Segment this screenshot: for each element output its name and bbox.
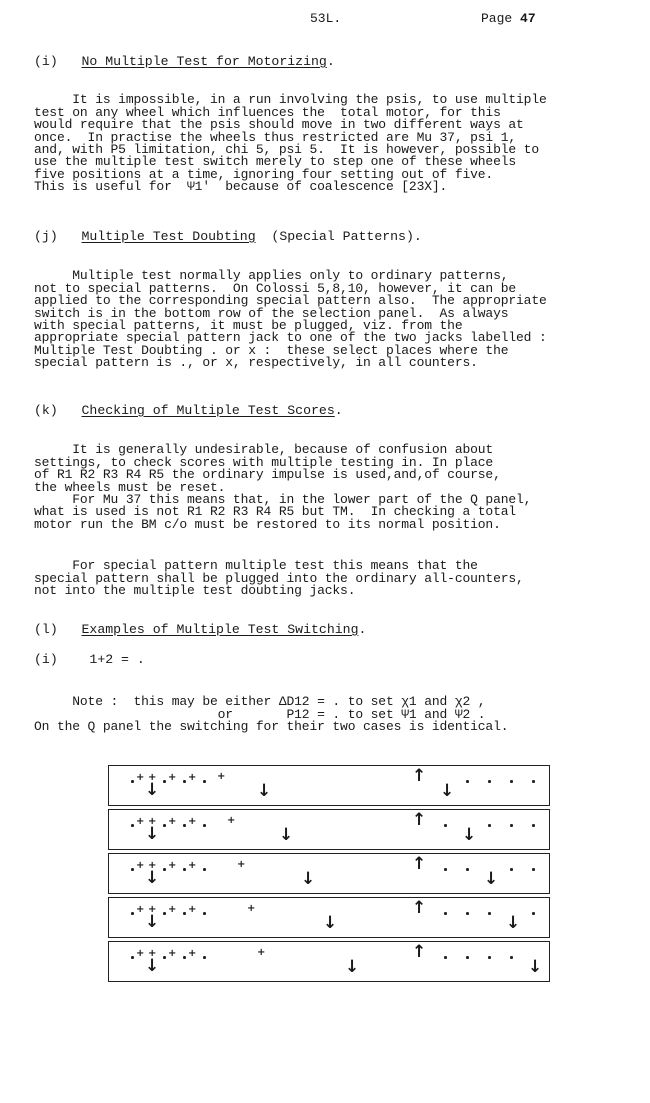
cross-mark: + xyxy=(257,948,265,958)
cross-mark: + xyxy=(136,905,144,915)
down-arrow-icon: ↓ xyxy=(257,783,271,800)
diagram-row: ++++↓+↓↑↓ xyxy=(108,941,550,982)
dot-mark xyxy=(444,824,447,827)
section-title: No Multiple Test for Motorizing xyxy=(82,54,327,69)
cross-mark: + xyxy=(247,904,255,914)
dot-mark xyxy=(510,824,513,827)
page-label: Page xyxy=(481,11,512,26)
dot-mark xyxy=(466,868,469,871)
switching-diagram: ++++↓+↓↑↓++++↓+↓↑↓++++↓+↓↑↓++++↓+↓↑↓++++… xyxy=(108,765,550,987)
diagram-row: ++++↓+↓↑↓ xyxy=(108,765,550,806)
text-line: On the Q panel the switching for their t… xyxy=(34,721,508,733)
dot-mark xyxy=(444,912,447,915)
section-title-suffix: . xyxy=(335,403,343,418)
down-arrow-icon: ↓ xyxy=(484,871,498,888)
text-line: not into the multiple test doubting jack… xyxy=(34,585,524,597)
dot-mark xyxy=(510,868,513,871)
section-i-body: It is impossible, in a run involving the… xyxy=(34,82,547,206)
cross-mark: + xyxy=(188,861,196,871)
up-arrow-icon: ↑ xyxy=(412,944,426,961)
text-line: special pattern is ., or x, respectively… xyxy=(34,357,547,369)
dot-mark xyxy=(532,912,535,915)
section-k-heading: (k) Checking of Multiple Test Scores. xyxy=(34,404,343,417)
down-arrow-icon: ↓ xyxy=(323,915,337,932)
section-marker: (k) xyxy=(34,403,58,418)
cross-mark: + xyxy=(136,949,144,959)
down-arrow-icon: ↓ xyxy=(462,827,476,844)
section-k-body-2: For special pattern multiple test this m… xyxy=(34,548,524,610)
cross-mark: + xyxy=(217,772,225,782)
section-marker: (j) xyxy=(34,229,58,244)
dot-mark xyxy=(183,780,186,783)
down-arrow-icon: ↓ xyxy=(345,959,359,976)
dot-mark xyxy=(488,956,491,959)
dot-mark xyxy=(510,956,513,959)
dot-mark xyxy=(444,956,447,959)
dot-mark xyxy=(466,780,469,783)
section-i-heading: (i) No Multiple Test for Motorizing. xyxy=(34,55,335,68)
section-j-body: Multiple test normally applies only to o… xyxy=(34,258,547,382)
dot-mark xyxy=(510,780,513,783)
cross-mark: + xyxy=(168,949,176,959)
section-title: Checking of Multiple Test Scores xyxy=(82,403,335,418)
section-k-body: It is generally undesirable, because of … xyxy=(34,432,531,544)
page-number: Page 47 xyxy=(481,12,536,25)
dot-mark xyxy=(163,868,166,871)
dot-mark xyxy=(131,912,134,915)
section-title-suffix: . xyxy=(358,622,366,637)
cross-mark: + xyxy=(136,817,144,827)
example-note: Note : this may be either ΔD12 = . to se… xyxy=(34,684,508,746)
cross-mark: + xyxy=(188,949,196,959)
section-l-heading: (l) Examples of Multiple Test Switching. xyxy=(34,623,366,636)
up-arrow-icon: ↑ xyxy=(412,812,426,829)
section-marker: (i) xyxy=(34,54,58,69)
dot-mark xyxy=(183,824,186,827)
text-line: This is useful for Ψ1' because of coales… xyxy=(34,181,547,193)
dot-mark xyxy=(203,956,206,959)
diagram-row: ++++↓+↓↑↓ xyxy=(108,809,550,850)
dot-mark xyxy=(131,780,134,783)
dot-mark xyxy=(466,912,469,915)
dot-mark xyxy=(203,780,206,783)
dot-mark xyxy=(183,912,186,915)
cross-mark: + xyxy=(188,905,196,915)
dot-mark xyxy=(131,824,134,827)
cross-mark: + xyxy=(136,861,144,871)
example-heading: (i) 1+2 = . xyxy=(34,653,145,666)
dot-mark xyxy=(488,912,491,915)
down-arrow-icon: ↓ xyxy=(145,826,159,843)
example-marker: (i) xyxy=(34,652,58,667)
cross-mark: + xyxy=(168,773,176,783)
dot-mark xyxy=(488,824,491,827)
up-arrow-icon: ↑ xyxy=(412,900,426,917)
document-reference: 53L. xyxy=(310,12,341,25)
section-title-suffix: (Special Patterns). xyxy=(256,229,422,244)
cross-mark: + xyxy=(136,773,144,783)
dot-mark xyxy=(488,780,491,783)
cross-mark: + xyxy=(237,860,245,870)
dot-mark xyxy=(163,956,166,959)
dot-mark xyxy=(163,824,166,827)
dot-mark xyxy=(532,824,535,827)
dot-mark xyxy=(444,868,447,871)
dot-mark xyxy=(532,868,535,871)
dot-mark xyxy=(163,912,166,915)
down-arrow-icon: ↓ xyxy=(145,914,159,931)
up-arrow-icon: ↑ xyxy=(412,856,426,873)
page-number-value: 47 xyxy=(520,11,536,26)
dot-mark xyxy=(466,956,469,959)
down-arrow-icon: ↓ xyxy=(145,870,159,887)
down-arrow-icon: ↓ xyxy=(506,915,520,932)
text-line: motor run the BM c/o must be restored to… xyxy=(34,519,531,531)
dot-mark xyxy=(131,868,134,871)
cross-mark: + xyxy=(168,817,176,827)
dot-mark xyxy=(203,824,206,827)
diagram-row: ++++↓+↓↑↓ xyxy=(108,897,550,938)
dot-mark xyxy=(131,956,134,959)
dot-mark xyxy=(163,780,166,783)
cross-mark: + xyxy=(188,817,196,827)
cross-mark: + xyxy=(227,816,235,826)
cross-mark: + xyxy=(168,905,176,915)
dot-mark xyxy=(532,780,535,783)
down-arrow-icon: ↓ xyxy=(145,958,159,975)
dot-mark xyxy=(183,868,186,871)
dot-mark xyxy=(203,912,206,915)
down-arrow-icon: ↓ xyxy=(528,959,542,976)
down-arrow-icon: ↓ xyxy=(301,871,315,888)
section-j-heading: (j) Multiple Test Doubting (Special Patt… xyxy=(34,230,422,243)
cross-mark: + xyxy=(188,773,196,783)
example-expression: 1+2 = . xyxy=(89,652,144,667)
section-title-suffix: . xyxy=(327,54,335,69)
cross-mark: + xyxy=(168,861,176,871)
down-arrow-icon: ↓ xyxy=(145,782,159,799)
diagram-row: ++++↓+↓↑↓ xyxy=(108,853,550,894)
section-marker: (l) xyxy=(34,622,58,637)
down-arrow-icon: ↓ xyxy=(279,827,293,844)
dot-mark xyxy=(203,868,206,871)
section-title: Examples of Multiple Test Switching xyxy=(82,622,359,637)
section-title: Multiple Test Doubting xyxy=(82,229,256,244)
up-arrow-icon: ↑ xyxy=(412,768,426,785)
dot-mark xyxy=(183,956,186,959)
down-arrow-icon: ↓ xyxy=(440,783,454,800)
